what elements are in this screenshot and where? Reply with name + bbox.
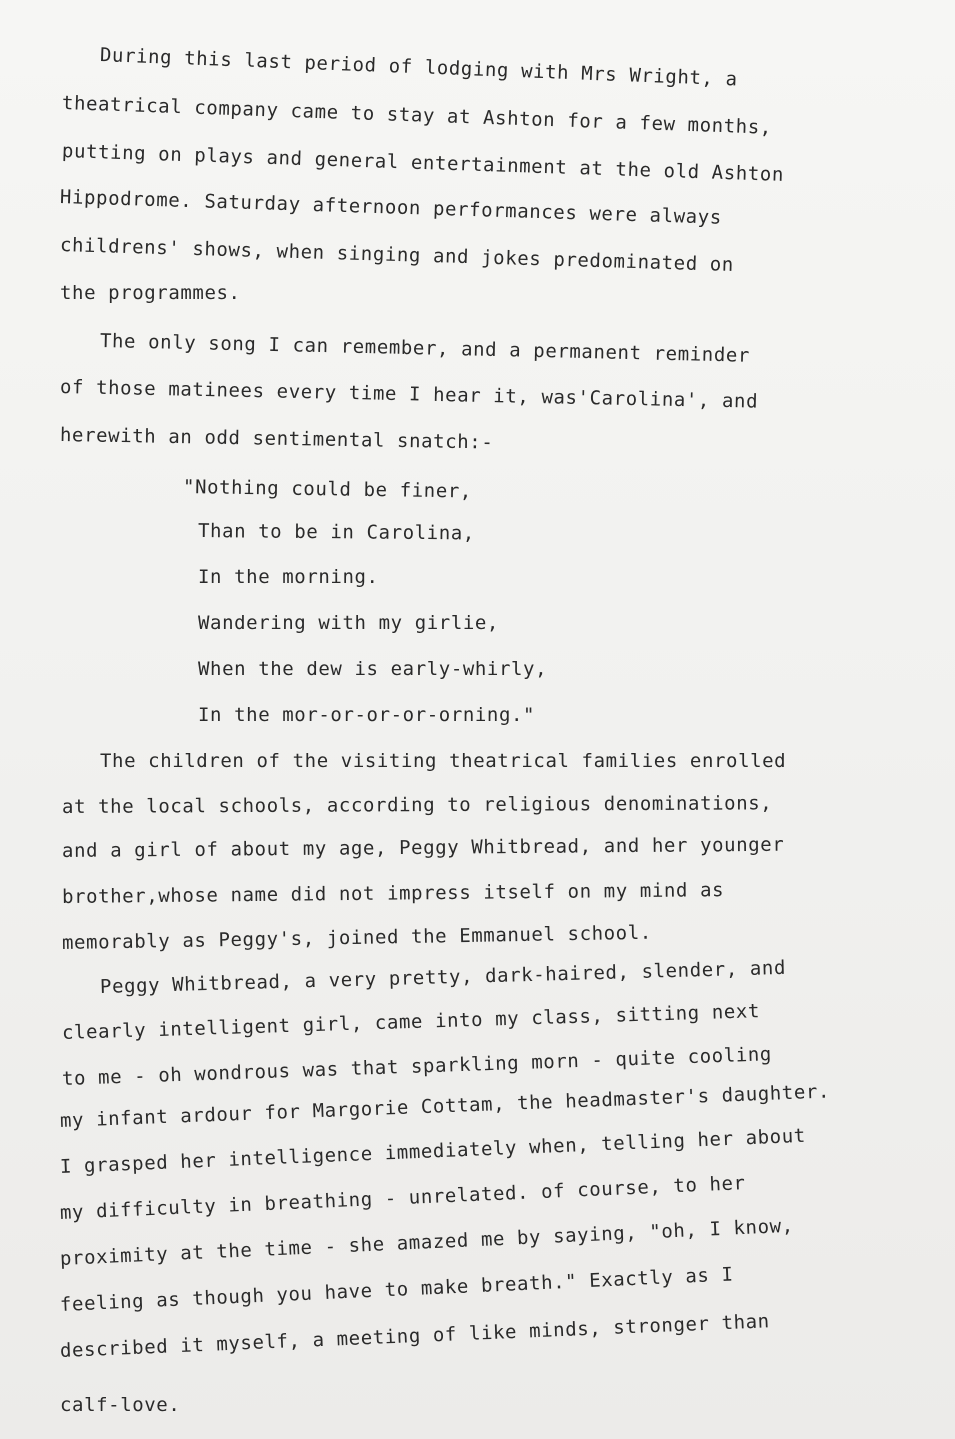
paragraph-4-line-3: to me - oh wondrous was that sparkling m… (62, 1043, 773, 1090)
typewritten-page: During this last period of lodging with … (0, 0, 955, 1439)
paragraph-1-line-4: Hippodrome. Saturday afternoon performan… (60, 186, 723, 229)
verse-line-4: Wandering with my girlie, (198, 612, 499, 634)
paragraph-4-line-9: described it myself, a meeting of like m… (60, 1310, 771, 1362)
paragraph-2-line-1: The only song I can remember, and a perm… (100, 330, 750, 367)
paragraph-4-line-7: proximity at the time - she amazed me by… (60, 1215, 795, 1270)
paragraph-4-line-4: my infant ardour for Margorie Cottam, th… (60, 1080, 831, 1132)
verse-line-3: In the morning. (198, 566, 379, 588)
paragraph-1-line-6: the programmes. (60, 282, 241, 304)
paragraph-4-line-1: Peggy Whitbread, a very pretty, dark-hai… (100, 957, 787, 998)
paragraph-3-line-4: brother,whose name did not impress itsel… (62, 879, 724, 908)
paragraph-3-line-2: at the local schools, according to relig… (62, 792, 772, 818)
verse-line-2: Than to be in Carolina, (198, 520, 475, 544)
paragraph-1-line-1: During this last period of lodging with … (100, 44, 738, 90)
paragraph-2-line-3: herewith an odd sentimental snatch:- (60, 424, 494, 454)
paragraph-4-line-2: clearly intelligent girl, came into my c… (62, 1000, 761, 1044)
paragraph-2-line-2: of those matinees every time I hear it, … (60, 376, 759, 413)
paragraph-4-line-8: feeling as though you have to make breat… (60, 1263, 734, 1316)
paragraph-4-line-10: calf-love. (60, 1394, 180, 1416)
paragraph-4-line-6: my difficulty in breathing - unrelated. … (60, 1172, 747, 1224)
paragraph-3-line-5: memorably as Peggy's, joined the Emmanue… (62, 922, 652, 954)
verse-line-1: "Nothing could be finer, (183, 476, 472, 503)
paragraph-1-line-5: childrens' shows, when singing and jokes… (60, 234, 735, 276)
paragraph-3-line-3: and a girl of about my age, Peggy Whitbr… (62, 834, 785, 862)
paragraph-1-line-2: theatrical company came to stay at Ashto… (62, 92, 773, 139)
verse-line-6: In the mor-or-or-or-orning." (198, 704, 535, 726)
paragraph-3-line-1: The children of the visiting theatrical … (100, 750, 786, 772)
verse-line-5: When the dew is early-whirly, (198, 658, 547, 680)
paragraph-1-line-3: putting on plays and general entertainme… (62, 140, 785, 186)
paragraph-4-line-5: I grasped her intelligence immediately w… (60, 1125, 807, 1178)
